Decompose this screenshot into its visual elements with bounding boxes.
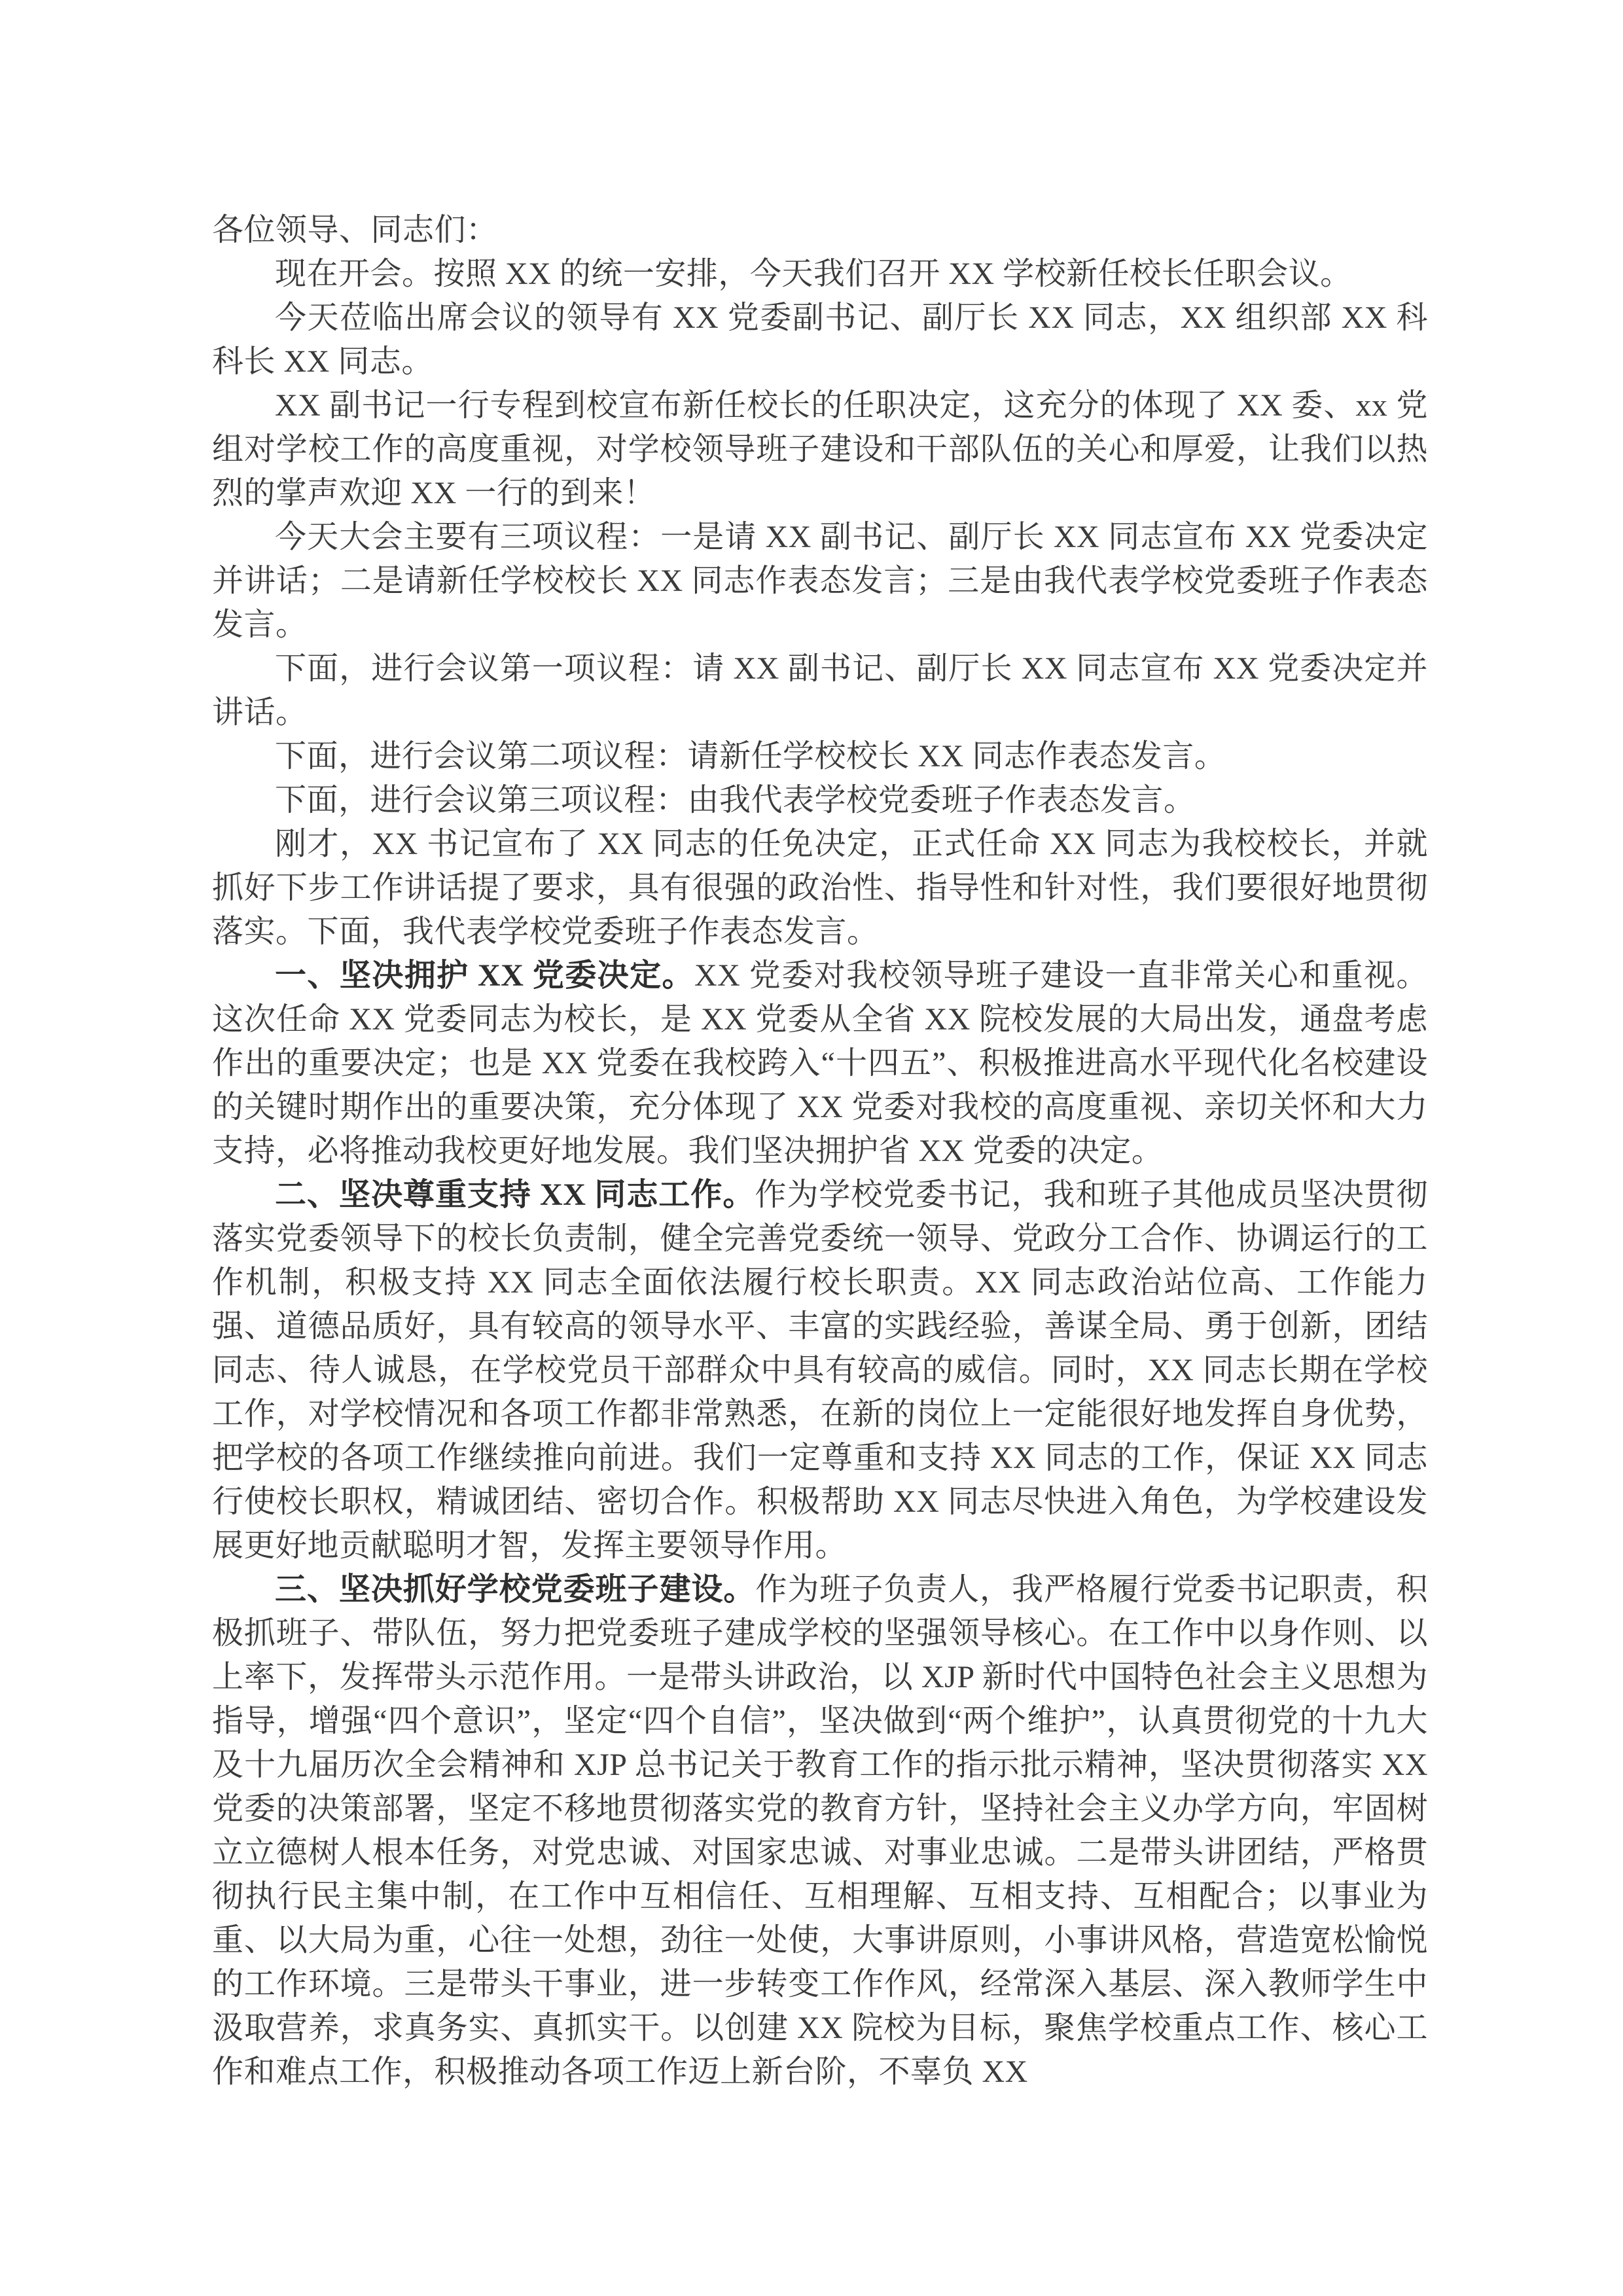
- paragraph-agenda-item-1: 下面，进行会议第一项议程：请 XX 副书记、副厅长 XX 同志宣布 XX 党委决…: [212, 647, 1428, 734]
- paragraph-opening: 现在开会。按照 XX 的统一安排，今天我们召开 XX 学校新任校长任职会议。: [212, 252, 1428, 296]
- salutation-line: 各位领导、同志们：: [212, 208, 1428, 252]
- section-3-heading: 三、坚决抓好学校党委班子建设。: [275, 1572, 755, 1607]
- section-2-body: 作为学校党委书记，我和班子其他成员坚决贯彻落实党委领导下的校长负责制，健全完善党…: [212, 1177, 1428, 1563]
- document-body: 各位领导、同志们： 现在开会。按照 XX 的统一安排，今天我们召开 XX 学校新…: [212, 208, 1428, 2094]
- document-page: 各位领导、同志们： 现在开会。按照 XX 的统一安排，今天我们召开 XX 学校新…: [0, 0, 1623, 2296]
- paragraph-agenda: 今天大会主要有三项议程：一是请 XX 副书记、副厅长 XX 同志宣布 XX 党委…: [212, 515, 1428, 647]
- section-1-heading: 一、坚决拥护 XX 党委决定。: [275, 958, 694, 993]
- section-2-paragraph: 二、坚决尊重支持 XX 同志工作。作为学校党委书记，我和班子其他成员坚决贯彻落实…: [212, 1173, 1428, 1568]
- section-2-heading: 二、坚决尊重支持 XX 同志工作。: [275, 1177, 755, 1212]
- paragraph-welcome: XX 副书记一行专程到校宣布新任校长的任职决定，这充分的体现了 XX 委、xx …: [212, 384, 1428, 515]
- paragraph-attendees: 今天莅临出席会议的领导有 XX 党委副书记、副厅长 XX 同志，XX 组织部 X…: [212, 296, 1428, 384]
- paragraph-agenda-item-2: 下面，进行会议第二项议程：请新任学校校长 XX 同志作表态发言。: [212, 734, 1428, 778]
- paragraph-transition: 刚才，XX 书记宣布了 XX 同志的任免决定，正式任命 XX 同志为我校校长，并…: [212, 822, 1428, 954]
- section-3-body: 作为班子负责人，我严格履行党委书记职责，积极抓班子、带队伍，努力把党委班子建成学…: [212, 1572, 1428, 2089]
- paragraph-agenda-item-3: 下面，进行会议第三项议程：由我代表学校党委班子作表态发言。: [212, 778, 1428, 822]
- section-3-paragraph: 三、坚决抓好学校党委班子建设。作为班子负责人，我严格履行党委书记职责，积极抓班子…: [212, 1568, 1428, 2094]
- section-1-paragraph: 一、坚决拥护 XX 党委决定。XX 党委对我校领导班子建设一直非常关心和重视。这…: [212, 954, 1428, 1173]
